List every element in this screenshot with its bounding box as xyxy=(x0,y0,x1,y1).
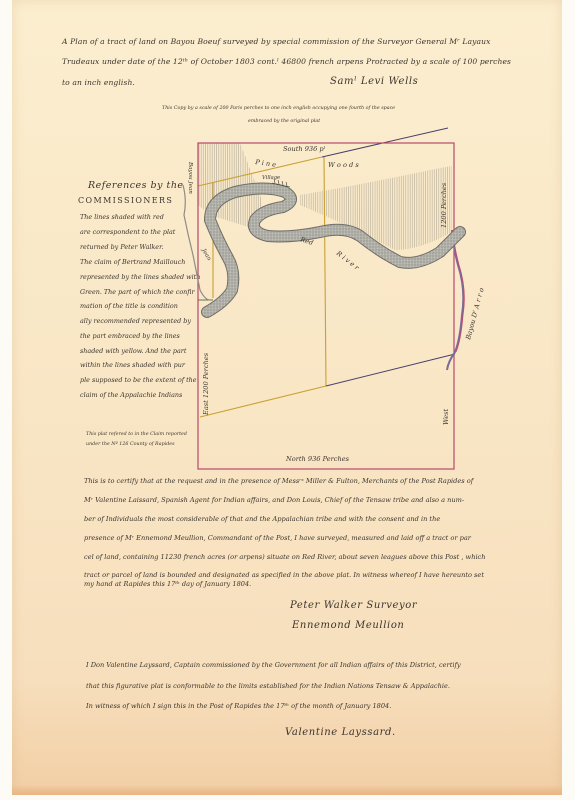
attestation-line: I Don Valentine Layssard, Captain commis… xyxy=(86,661,461,669)
certificate-line: ber of Individuals the most considerable… xyxy=(84,515,440,523)
certificate-line: tract or parcel of land is bounded and d… xyxy=(84,571,484,579)
label-east-right: 1200 Perches xyxy=(440,182,448,228)
label-east: East 1200 Perches xyxy=(202,352,210,416)
attestation-line: that this figurative plat is conformable… xyxy=(86,682,450,690)
attestation-line: In witness of which I sign this in the P… xyxy=(86,702,391,710)
certificate-line: my hand at Rapides this 17ᵗʰ day of Janu… xyxy=(84,580,251,588)
label-village: Village xyxy=(262,175,280,181)
label-west: West xyxy=(442,408,450,425)
signature-peter-walker: Peter Walker Surveyor xyxy=(290,600,417,611)
label-pine: P i n e xyxy=(254,158,277,169)
certificate-line: presence of Mʳ Ennemond Meullion, Comman… xyxy=(84,534,471,542)
certificate-line: cel of land, containing 11230 french acr… xyxy=(84,553,486,561)
label-south: South 936 pˡ xyxy=(283,145,326,153)
label-bayou-darro: Bayou D' A r r o xyxy=(464,287,486,342)
certificate-line: This is to certify that at the request a… xyxy=(84,477,473,485)
label-jean: Jean xyxy=(200,247,212,262)
label-bayou-jean: Bayou Jean xyxy=(187,161,193,194)
label-north: North 936 Perches xyxy=(285,455,350,463)
signature-ennemond-meullion: Ennemond Meullion xyxy=(292,620,404,631)
survey-plat-map: South 936 pˡ P i n e W o o d s Village R… xyxy=(0,0,575,800)
signature-valentine-layssard: Valentine Layssard. xyxy=(285,727,396,738)
label-woods: W o o d s xyxy=(328,161,359,169)
label-river: R i v e r xyxy=(334,249,361,273)
certificate-line: Mʳ Valentine Laissard, Spanish Agent for… xyxy=(84,496,464,504)
